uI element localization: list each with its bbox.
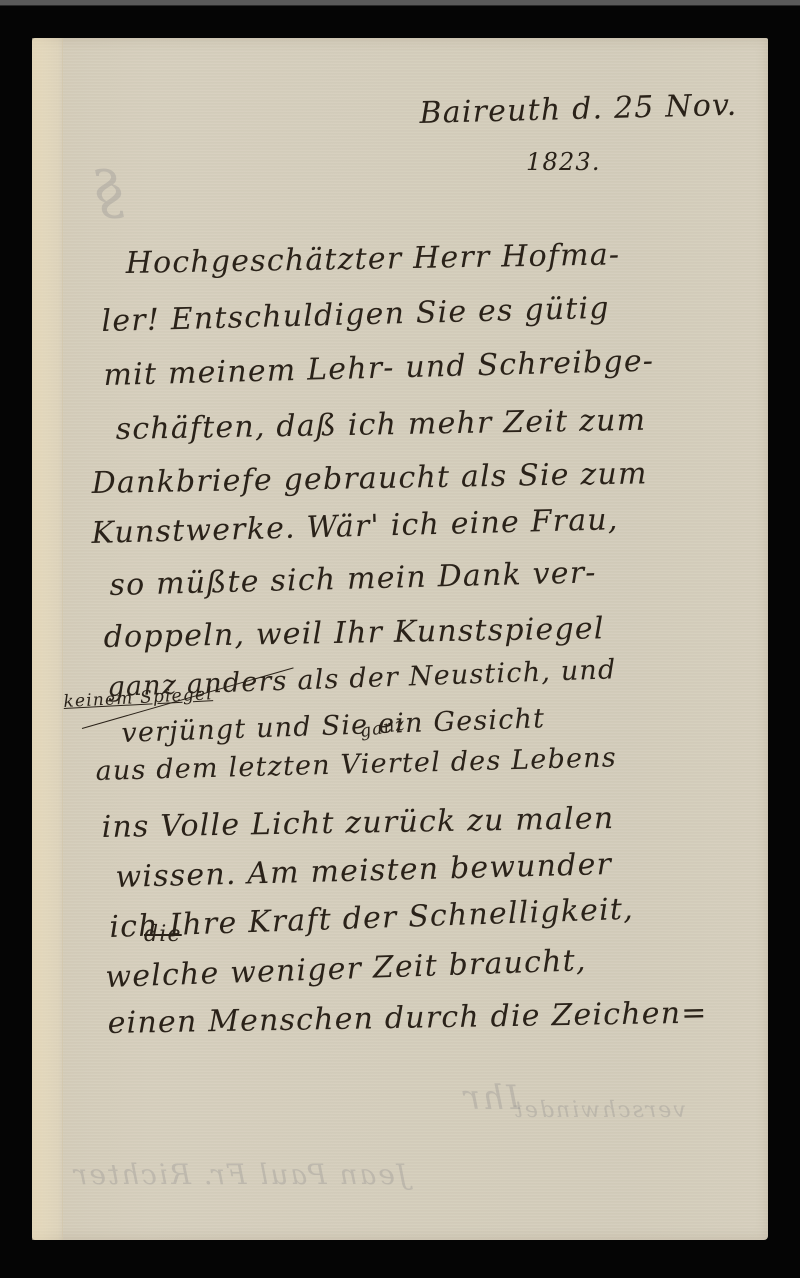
dateline-place-date: Baireuth d. 25 Nov.	[419, 88, 738, 131]
letter-line-15: welche weniger Zeit braucht,	[105, 943, 587, 995]
letter-line-6: Kunstwerke. Wär' ich eine Frau,	[91, 502, 619, 551]
letter-line-14: ich Ihre Kraft der Schnelligkeit,	[109, 892, 635, 945]
bleed-through-flourish: §	[92, 158, 124, 228]
paper-edge-strip	[32, 38, 63, 1240]
letter-line-7: so müßte sich mein Dank ver-	[109, 555, 597, 603]
letter-page: § Ihr Jean Paul Fr. Richter verschwindet…	[32, 38, 768, 1240]
top-frame-bar	[0, 0, 800, 6]
letter-line-10: verjüngt und Sie ein Gesicht	[121, 703, 546, 749]
letter-line-12: ins Volle Licht zurück zu malen	[101, 801, 614, 845]
letter-line-13: wissen. Am meisten bewunder	[115, 847, 612, 895]
letter-line-11: aus dem letzten Viertel des Lebens	[95, 742, 617, 787]
letter-line-1: Hochgeschätzter Herr Hofma-	[125, 237, 620, 281]
marginal-insertion: keinem Spiegel	[63, 684, 213, 712]
letter-line-4: schäften, daß ich mehr Zeit zum	[115, 403, 646, 447]
bleed-through-text: verschwindet	[512, 1098, 686, 1123]
letter-line-2: ler! Entschuldigen Sie es gütig	[101, 291, 610, 339]
letter-line-5: Dankbriefe gebraucht als Sie zum	[91, 456, 648, 501]
dateline-year: 1823.	[526, 148, 601, 176]
letter-line-8: doppeln, weil Ihr Kunstspiegel	[103, 611, 605, 655]
bleed-through-signature: Jean Paul Fr. Richter	[72, 1158, 408, 1191]
letter-line-16: einen Menschen durch die Zeichen=	[107, 996, 707, 1041]
letter-line-3: mit meinem Lehr- und Schreibge-	[103, 344, 654, 393]
bleed-through-text: Ihr	[462, 1078, 520, 1118]
